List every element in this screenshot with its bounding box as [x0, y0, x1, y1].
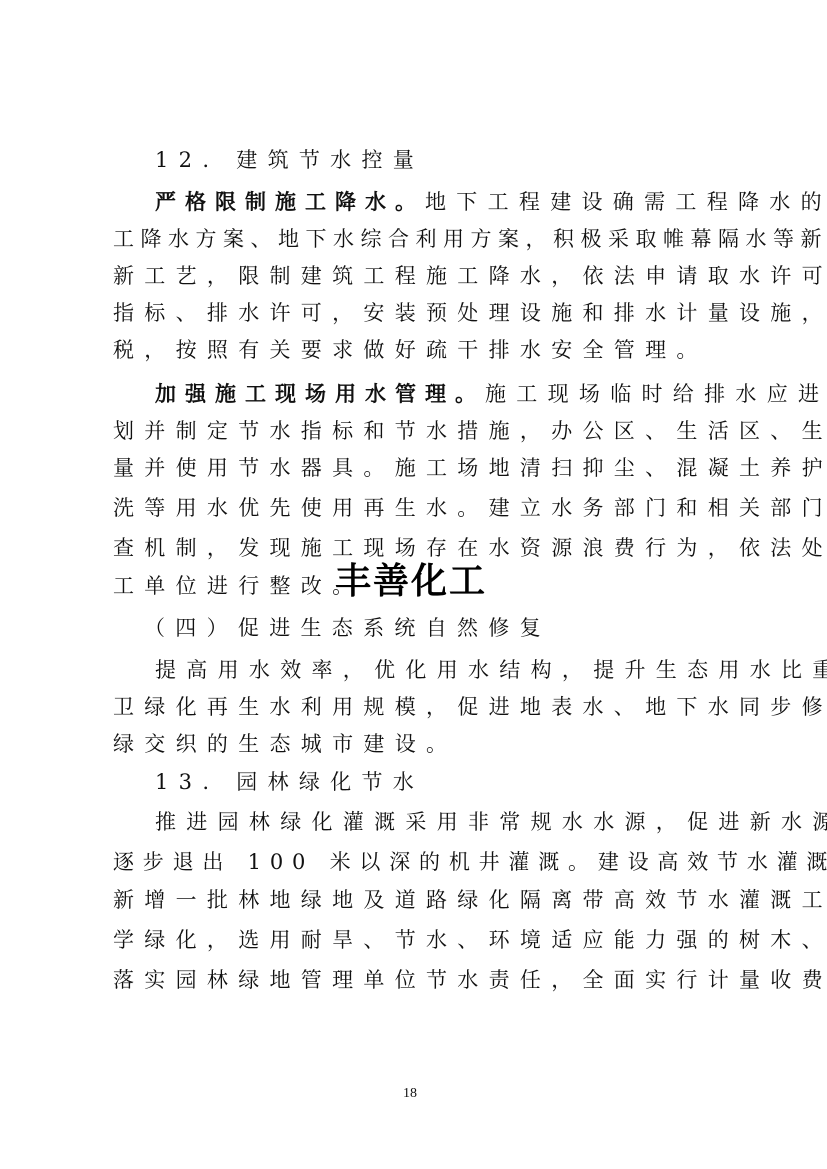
section-heading-4: （四）促进生态系统自然修复 — [144, 614, 756, 642]
section-heading-13: 13. 园林绿化节水 — [155, 768, 725, 796]
paragraph-line: 量并使用节水器具。施工场地清扫抑尘、混凝土养护、建筑物冲 — [113, 454, 725, 482]
page-number: 18 — [403, 1086, 417, 1102]
paragraph-line: 学绿化，选用耐旱、节水、环境适应能力强的树木、花草品种。 — [113, 926, 725, 954]
bold-lead: 严格限制施工降水。 — [155, 190, 425, 214]
paragraph-line: 新增一批林地绿地及道路绿化隔离带高效节水灌溉工程。开展科 — [113, 886, 725, 914]
paragraph-line: 工降水方案、地下水综合利用方案，积极采取帷幕隔水等新技术、 — [113, 225, 725, 253]
paragraph-line: 提高用水效率，优化用水结构，提升生态用水比重，扩大环 — [155, 656, 725, 684]
paragraph-line: 落实园林绿地管理单位节水责任，全面实行计量收费和计划用水 — [113, 966, 725, 994]
paragraph-line: 划并制定节水指标和节水措施，办公区、生活区、生产区分项计 — [113, 417, 725, 445]
paragraph-line: 绿交织的生态城市建设。 — [113, 730, 725, 758]
section-heading-12: 12. 建筑节水控量 — [155, 146, 725, 174]
paragraph-line: 卫绿化再生水利用规模，促进地表水、地下水同步修复，支撑蓝 — [113, 693, 725, 721]
paragraph-line: 推进园林绿化灌溉采用非常规水水源，促进新水源头减量， — [155, 808, 725, 836]
paragraph-line: 税，按照有关要求做好疏干排水安全管理。 — [113, 336, 725, 364]
paragraph-line: 逐步退出 100 米以深的机井灌溉。建设高效节水灌溉设施，完成 — [113, 848, 725, 876]
paragraph-line: 查机制，发现施工现场存在水资源浪费行为，依法处罚并督促施 — [113, 534, 725, 562]
paragraph-line: 洗等用水优先使用再生水。建立水务部门和相关部门联合执法检 — [113, 494, 725, 522]
paragraph-first-line: 加强施工现场用水管理。施工现场临时给排水应进行统一规 — [155, 380, 725, 408]
paragraph-first-line: 严格限制施工降水。地下工程建设确需工程降水的应编制施 — [155, 188, 725, 216]
watermark-logo: 丰善化工 — [335, 562, 487, 602]
bold-lead: 加强施工现场用水管理。 — [155, 382, 485, 406]
paragraph-line: 新工艺，限制建筑工程施工降水，依法申请取水许可、临时用水 — [113, 262, 725, 290]
paragraph-line: 指标、排水许可，安装预处理设施和排水计量设施，缴纳水资源 — [113, 299, 725, 327]
